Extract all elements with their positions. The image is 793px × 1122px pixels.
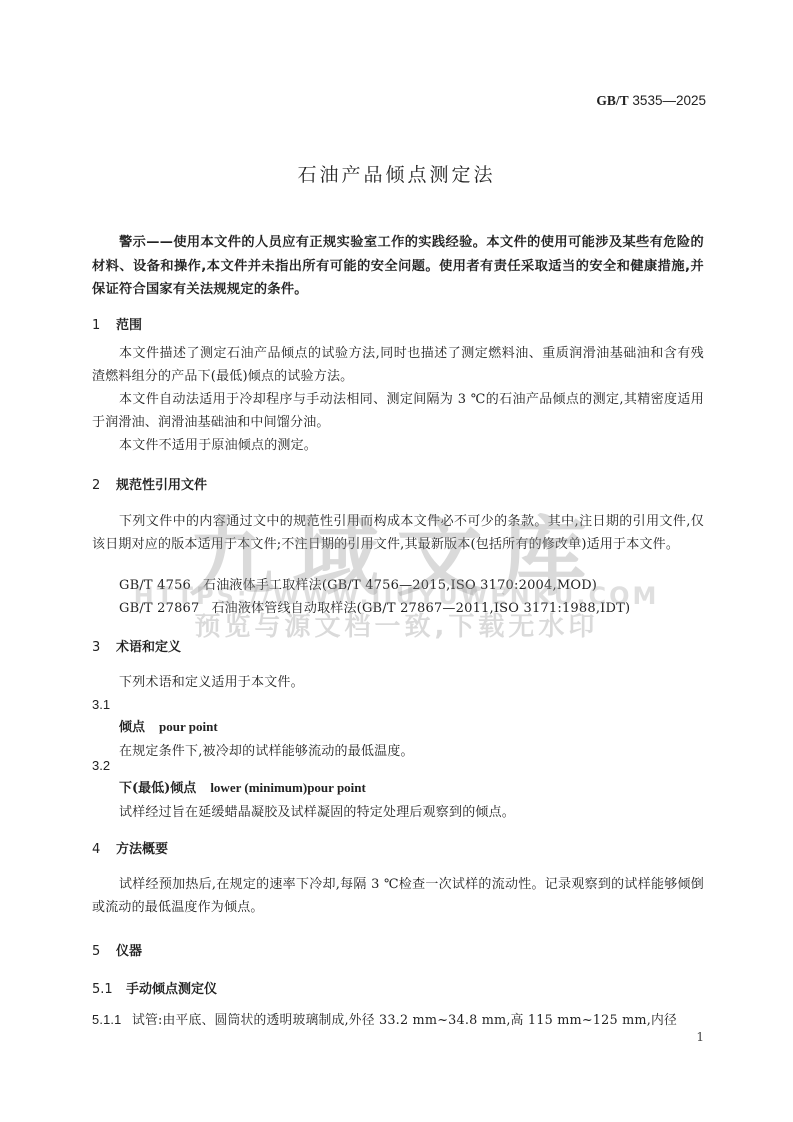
subsection-title: 手动倾点测定仪 <box>126 982 217 997</box>
standard-number: GB/T 3535—2025 <box>596 93 706 109</box>
standard-code: 3535—2025 <box>632 93 706 108</box>
term-english: pour point <box>159 719 218 734</box>
term-definition: 在规定条件下,被冷却的试样能够流动的最低温度。 <box>119 740 414 759</box>
term-number: 3.2 <box>92 758 110 773</box>
section-3-heading: 3术语和定义 <box>92 636 181 655</box>
section-number: 1 <box>92 318 116 333</box>
scope-paragraph-3: 本文件不适用于原油倾点的测定。 <box>92 434 704 457</box>
document-page: GB/T 3535—2025 石油产品倾点测定法 警示——使用本文件的人员应有正… <box>0 0 793 1122</box>
section-title: 术语和定义 <box>116 640 181 655</box>
section-4-heading: 4方法概要 <box>92 838 168 857</box>
reference-title: 石油液体手工取样法(GB/T 4756—2015,ISO 3170:2004,M… <box>203 578 597 593</box>
section-1-heading: 1范围 <box>92 314 142 333</box>
section-title: 仪器 <box>116 944 142 959</box>
term-chinese: 倾点 <box>119 720 145 735</box>
term-number: 3.1 <box>92 697 110 712</box>
section-number: 4 <box>92 842 116 857</box>
method-summary-paragraph: 试样经预加热后,在规定的速率下冷却,每隔 3 ℃检查一次试样的流动性。记录观察到… <box>92 873 704 919</box>
subsection-number: 5.1 <box>92 982 126 997</box>
section-number: 2 <box>92 478 116 493</box>
section-number: 5 <box>92 944 116 959</box>
section-5-heading: 5仪器 <box>92 940 142 959</box>
term-definition: 试样经过旨在延缓蜡晶凝胶及试样凝固的特定处理后观察到的倾点。 <box>119 801 515 820</box>
terms-intro: 下列术语和定义适用于本文件。 <box>92 671 704 694</box>
section-title: 方法概要 <box>116 842 168 857</box>
reference-code: GB/T 4756 <box>119 578 191 593</box>
section-title: 范围 <box>116 318 142 333</box>
clause-5-1-1: 5.1.1试管:由平底、圆筒状的透明玻璃制成,外径 33.2 mm~34.8 m… <box>92 1008 704 1032</box>
clause-number: 5.1.1 <box>92 1008 132 1031</box>
term-english: lower (minimum)pour point <box>210 780 366 795</box>
warning-paragraph: 警示——使用本文件的人员应有正规实验室工作的实践经验。本文件的使用可能涉及某些有… <box>92 231 704 302</box>
term-heading: 倾点pour point <box>119 716 218 735</box>
term-chinese: 下(最低)倾点 <box>119 781 196 796</box>
scope-paragraph-2: 本文件自动法适用于冷却程序与手动法相同、测定间隔为 3 ℃的石油产品倾点的测定,… <box>92 388 704 434</box>
reference-code: GB/T 27867 <box>119 601 199 616</box>
section-2-heading: 2规范性引用文件 <box>92 474 207 493</box>
reference-item: GB/T 4756石油液体手工取样法(GB/T 4756—2015,ISO 31… <box>119 574 597 593</box>
section-title: 规范性引用文件 <box>116 478 207 493</box>
reference-item: GB/T 27867石油液体管线自动取样法(GB/T 27867—2011,IS… <box>119 597 630 616</box>
standard-prefix: GB/T <box>596 93 628 108</box>
page-number: 1 <box>696 1030 704 1044</box>
reference-title: 石油液体管线自动取样法(GB/T 27867—2011,ISO 3171:198… <box>211 601 630 616</box>
subsection-5-1-heading: 5.1手动倾点测定仪 <box>92 978 217 997</box>
section-number: 3 <box>92 640 116 655</box>
document-title: 石油产品倾点测定法 <box>0 160 793 187</box>
clause-text: 试管:由平底、圆筒状的透明玻璃制成,外径 33.2 mm~34.8 mm,高 1… <box>132 1013 677 1028</box>
term-heading: 下(最低)倾点lower (minimum)pour point <box>119 777 366 796</box>
normative-references-intro: 下列文件中的内容通过文中的规范性引用而构成本文件必不可少的条款。其中,注日期的引… <box>92 510 704 556</box>
scope-paragraph-1: 本文件描述了测定石油产品倾点的试验方法,同时也描述了测定燃料油、重质润滑油基础油… <box>92 342 704 388</box>
